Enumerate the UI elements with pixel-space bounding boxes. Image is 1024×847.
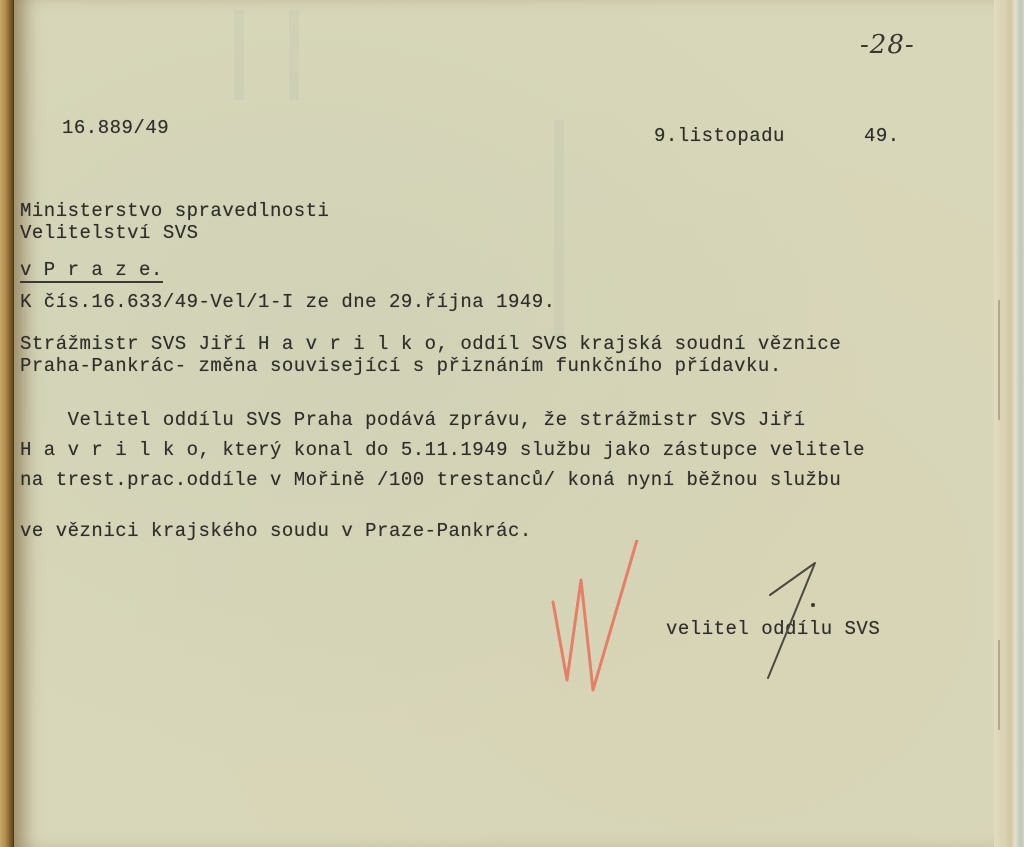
body-line-2: H a v r i l k o, který konal do 5.11.194… <box>20 439 865 461</box>
addressee-line-2: Velitelství SVS <box>20 222 199 244</box>
bleed-through-text <box>289 10 299 100</box>
red-pencil-mark-icon <box>545 540 655 710</box>
body-line-4: ve věznici krajského soudu v Praze-Pankr… <box>20 520 532 542</box>
page-stack-edge <box>994 0 1024 847</box>
subject-line-2: Praha-Pankrác- změna související s přizn… <box>20 355 782 377</box>
date-day-month: 9.listopadu <box>654 125 785 147</box>
signature-stroke-icon <box>760 560 830 685</box>
addressee-line-1: Ministerstvo spravedlnosti <box>20 200 329 222</box>
addressee-line-3: v P r a z e. <box>20 259 163 283</box>
reference-line: K čís.16.633/49-Vel/1-I ze dne 29.října … <box>20 291 556 313</box>
reference-number: 16.889/49 <box>62 117 169 139</box>
bleed-through-text <box>234 10 244 100</box>
body-line-1: Velitel oddílu SVS Praha podává zprávu, … <box>20 409 806 431</box>
subject-line-1: Strážmistr SVS Jiří H a v r i l k o, odd… <box>20 333 841 355</box>
body-line-3: na trest.prac.oddíle v Mořině /100 trest… <box>20 469 841 491</box>
binding-edge <box>0 0 14 847</box>
folio-number: -28- <box>860 30 915 60</box>
date-year: 49. <box>864 125 900 147</box>
